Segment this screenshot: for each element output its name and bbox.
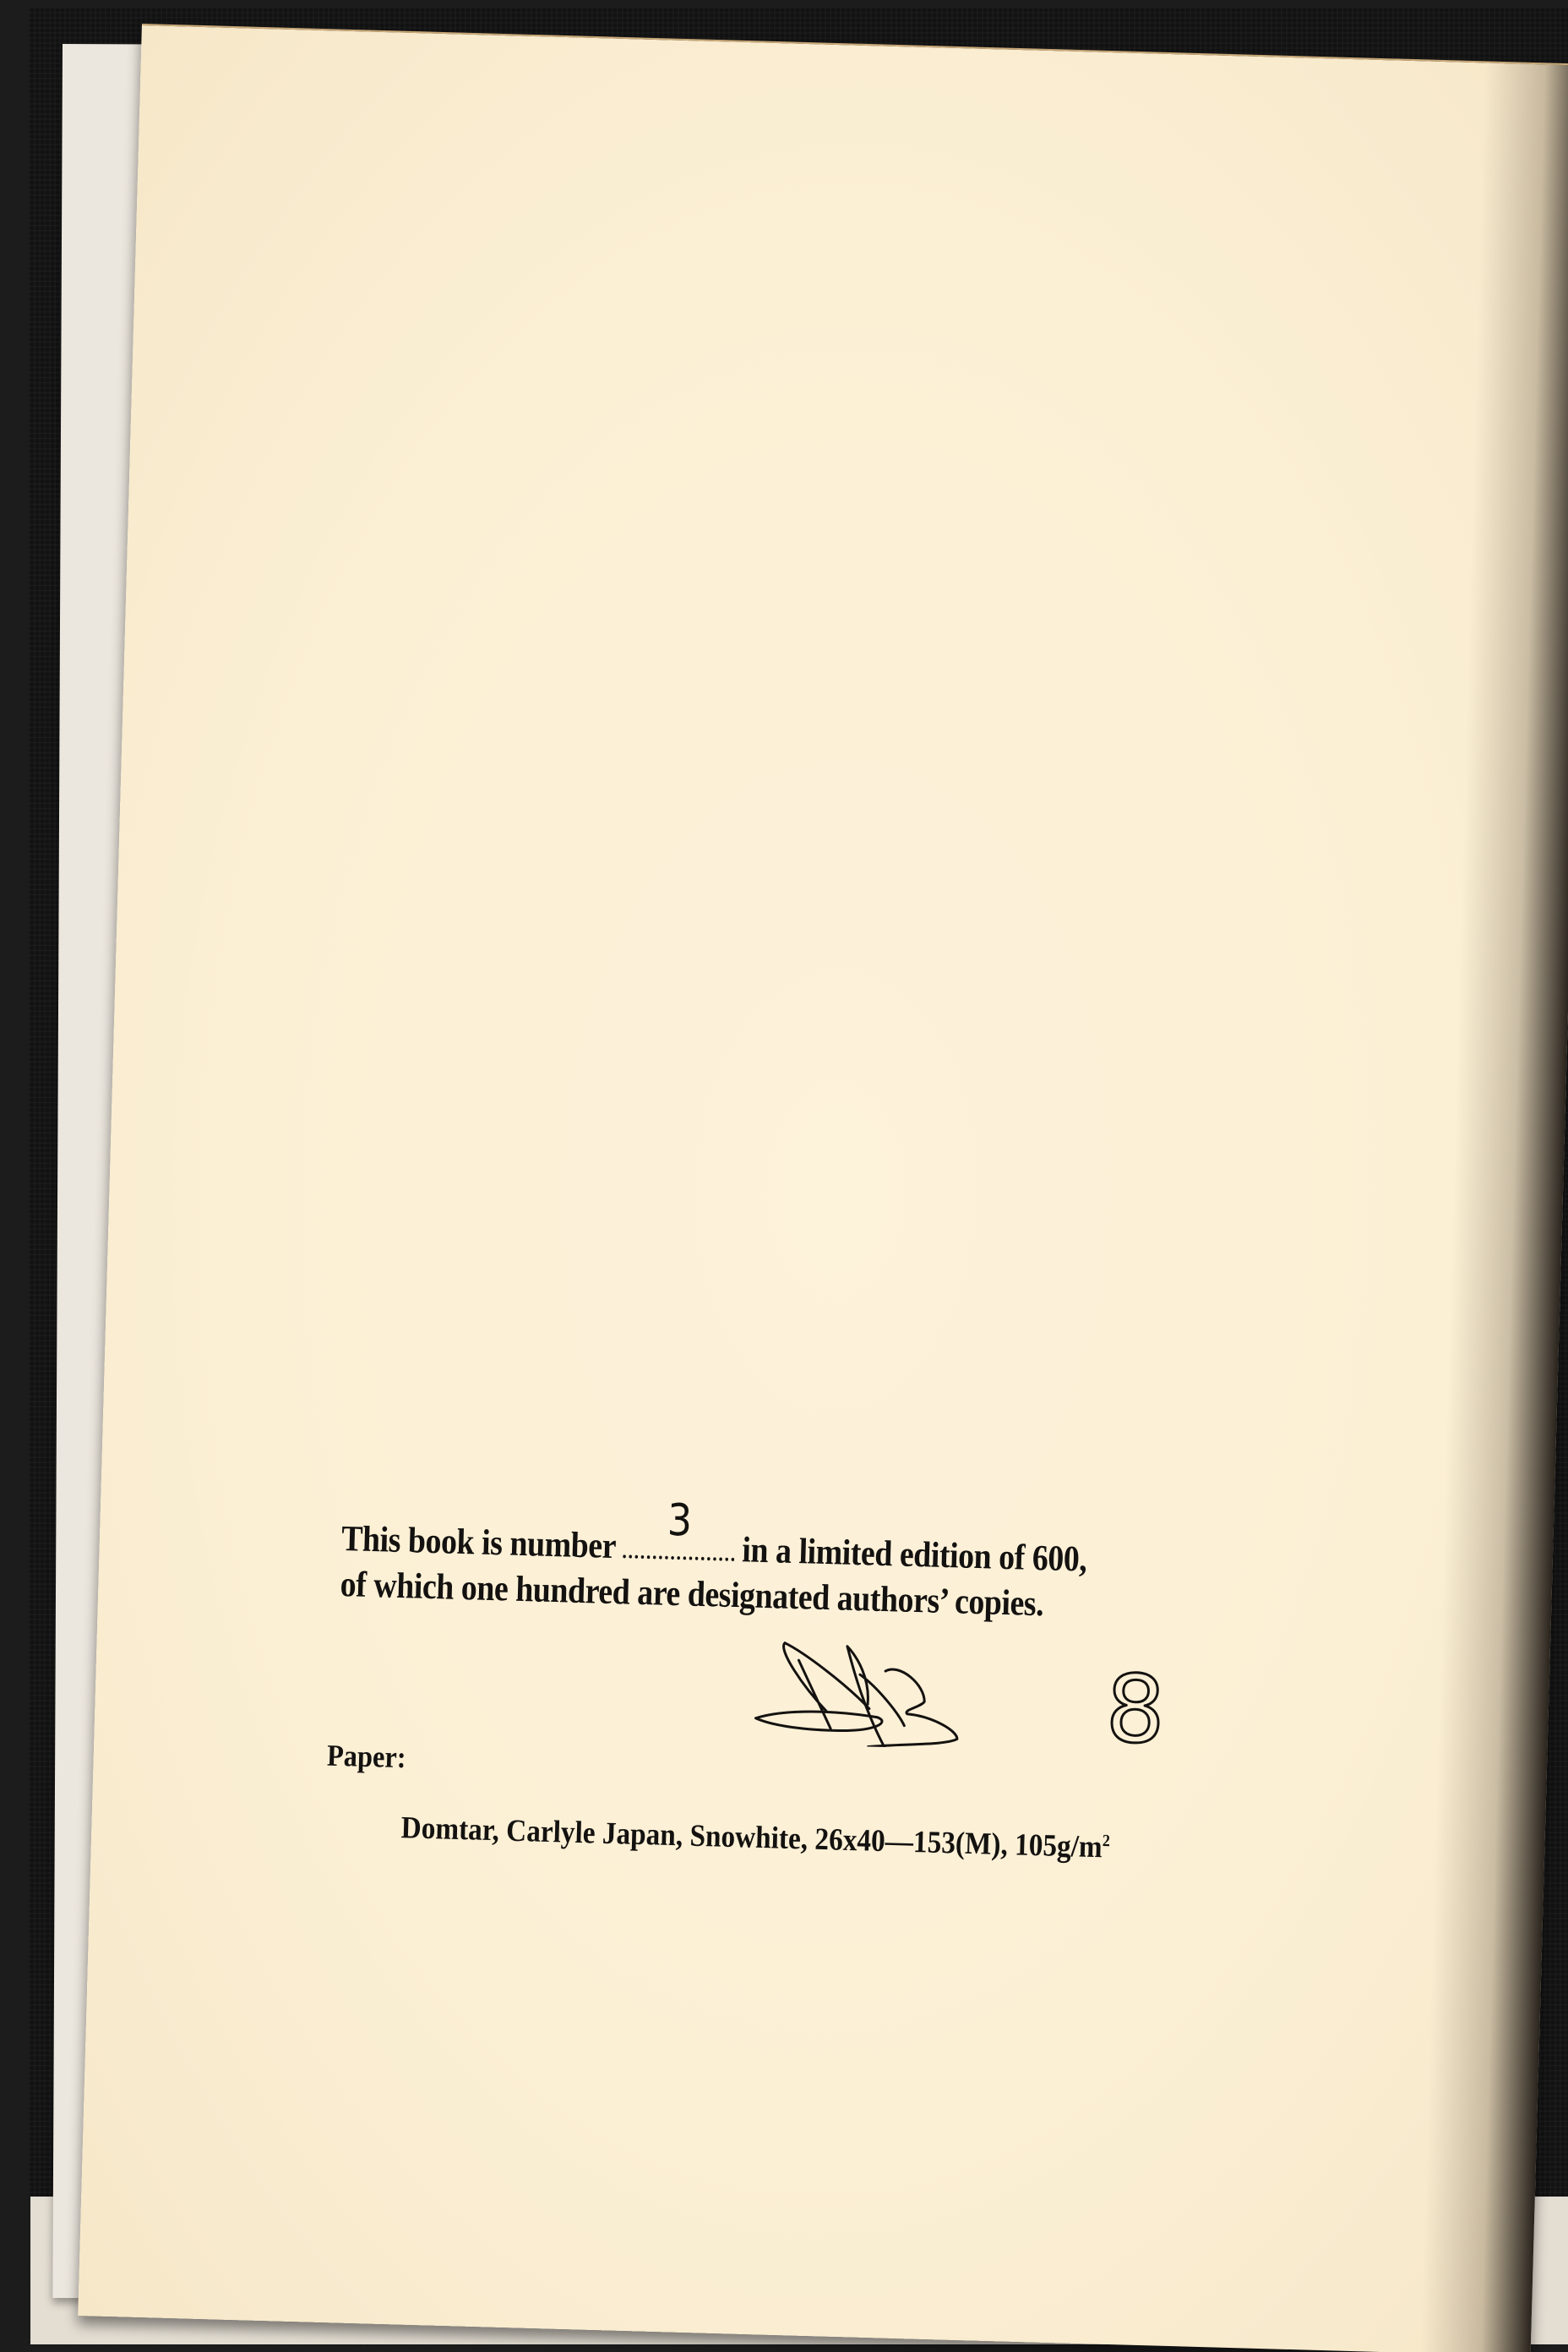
limitation-prefix: This book is number [341,1519,616,1566]
edition-number-blank: 3 [623,1536,735,1561]
paper-label: Paper: [327,1738,407,1776]
edition-number-handwritten: 3 [623,1497,736,1544]
paper-detail-superscript: 2 [1102,1832,1111,1850]
limitation-page [78,24,1568,2352]
svg-text:8: 8 [1104,1654,1167,1756]
signature-icon: 8 [750,1634,1192,1756]
limitation-suffix: in a limited edition of 600, [742,1530,1087,1579]
